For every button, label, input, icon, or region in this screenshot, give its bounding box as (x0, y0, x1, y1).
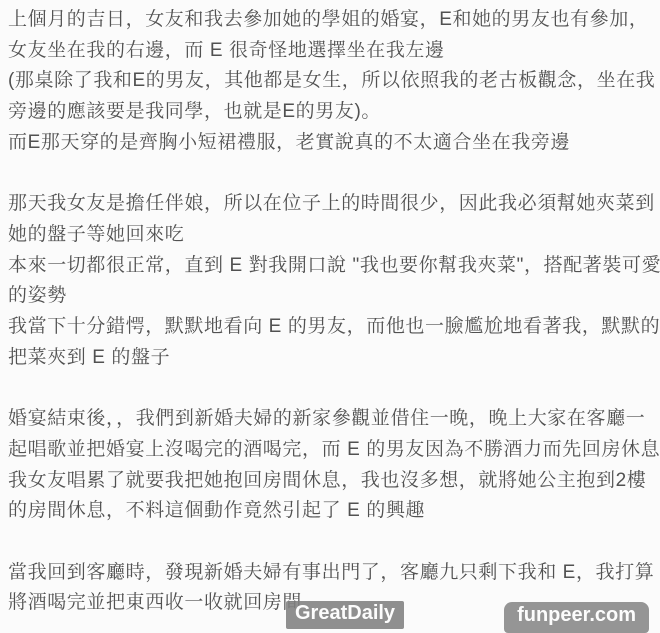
text-line: 我女友唱累了就要我把她抱回房間休息，我也沒多想，就將她公主抱到2樓 (8, 466, 652, 497)
watermark-greatdaily: GreatDaily (286, 601, 404, 629)
text-line: 她的盤子等她回來吃 (8, 220, 652, 251)
paragraph: 那天我女友是擔任伴娘，所以在位子上的時間很少，因此我必須幫她夾菜到 她的盤子等她… (8, 189, 652, 373)
text-line: 我當下十分錯愕，默默地看向 E 的男友，而他也一臉尷尬地看著我，默默的 (8, 312, 652, 343)
watermark-funpeer: funpeer.com (504, 602, 649, 633)
text-line: (那桌除了我和E的男友，其他都是女生，所以依照我的老古板觀念，坐在我 (8, 66, 652, 97)
paragraph: 婚宴結束後，，我們到新婚夫婦的新家參觀並借住一晚，晚上大家在客廳一 起唱歌並把婚… (8, 404, 652, 527)
text-line: 起唱歌並把婚宴上沒喝完的酒喝完，而 E 的男友因為不勝酒力而先回房休息 (8, 435, 652, 466)
text-line: 旁邊的應該要是我同學，也就是E的男友)。 (8, 97, 652, 128)
text-line: 的房間休息，不料這個動作竟然引起了 E 的興趣 (8, 496, 652, 527)
text-line: 上個月的吉日，女友和我去參加她的學姐的婚宴，E和她的男友也有參加， (8, 5, 652, 36)
paragraph: 上個月的吉日，女友和我去參加她的學姐的婚宴，E和她的男友也有參加， 女友坐在我的… (8, 5, 652, 159)
text-line: 的姿勢 (8, 281, 652, 312)
text-line: 女友坐在我的右邊，而 E 很奇怪地選擇坐在我左邊 (8, 36, 652, 67)
text-line: 本來一切都很正常，直到 E 對我開口說 "我也要你幫我夾菜"，搭配著裝可愛 (8, 251, 652, 282)
text-line: 那天我女友是擔任伴娘，所以在位子上的時間很少，因此我必須幫她夾菜到 (8, 189, 652, 220)
text-line: 當我回到客廳時，發現新婚夫婦有事出門了，客廳九只剩下我和 E，我打算 (8, 558, 652, 589)
text-line: 婚宴結束後，，我們到新婚夫婦的新家參觀並借住一晚，晚上大家在客廳一 (8, 404, 652, 435)
text-line: 把菜夾到 E 的盤子 (8, 343, 652, 374)
text-line: 而E那天穿的是齊胸小短裙禮服，老實說真的不太適合坐在我旁邊 (8, 128, 652, 159)
story-text: 上個月的吉日，女友和我去參加她的學姐的婚宴，E和她的男友也有參加， 女友坐在我的… (0, 0, 660, 619)
